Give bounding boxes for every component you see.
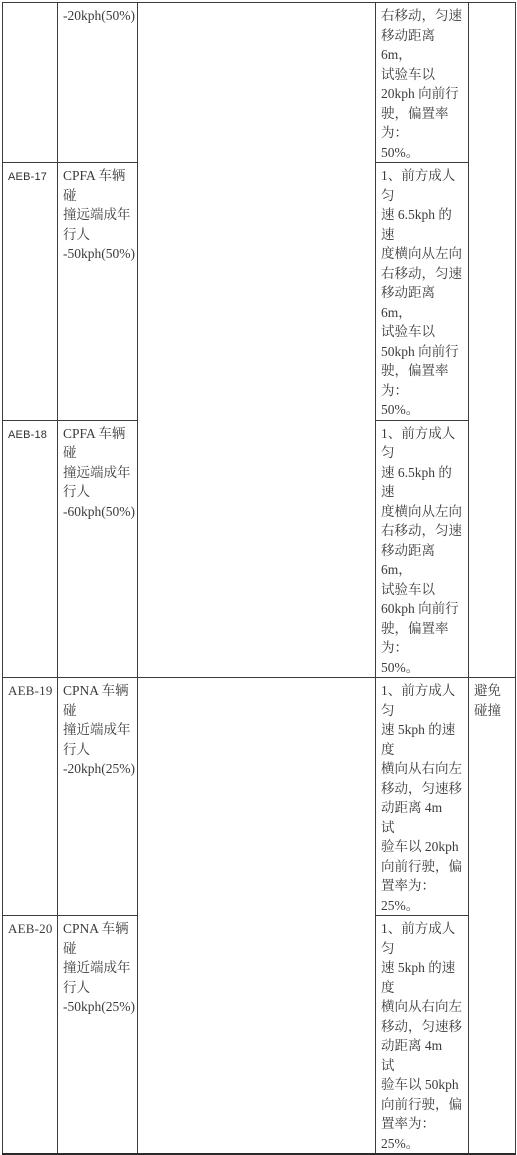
remark-cell bbox=[138, 678, 376, 807]
case-id-cell bbox=[3, 3, 58, 163]
scenario-cell: -20kph(50%) bbox=[58, 3, 138, 163]
table-row-aeb-19: AEB-19 CPNA 车辆碰 撞近端成年 行人 -20kph(25%) 1、前… bbox=[3, 678, 516, 807]
case-id: AEB-19 bbox=[8, 681, 54, 701]
conditions-cell: 右移动，匀速 移动距离 6m， 试验车以 20kph 向前行 驶，偏置率为： 5… bbox=[376, 3, 469, 163]
conditions-text: 1、前方成人匀 速 5kph 的速度 横向从右向左 移动，匀速移 动距离 4m … bbox=[381, 681, 465, 806]
scenario-text: CPFA 车辆碰 撞远端成年 行人 -50kph(50%) bbox=[63, 166, 134, 264]
case-id-cell: AEB-18 bbox=[3, 420, 58, 678]
result-text: 避免 碰撞 bbox=[474, 681, 512, 720]
scenario-text: CPFA 车辆碰 撞远端成年 行人 -60kph(50%) bbox=[63, 424, 134, 522]
scenario-cell: CPNA 车辆碰 撞近端成年 行人 -20kph(25%) bbox=[58, 678, 138, 807]
scenario-text: CPNA 车辆碰 撞近端成年 行人 -20kph(25%) bbox=[63, 681, 134, 779]
table-row-continuation: -20kph(50%) 右移动，匀速 移动距离 6m， 试验车以 20kph 向… bbox=[3, 3, 516, 163]
conditions-cell: 1、前方成人匀 速 6.5kph 的速 度横向从左向 右移动，匀速 移动距离 6… bbox=[376, 163, 469, 421]
result-cell: 避免 碰撞 bbox=[469, 678, 516, 807]
conditions-cell: 1、前方成人匀 速 5kph 的速度 横向从右向左 移动，匀速移 动距离 4m … bbox=[376, 678, 469, 807]
aeb-test-case-table: -20kph(50%) 右移动，匀速 移动距离 6m， 试验车以 20kph 向… bbox=[2, 2, 516, 806]
case-id: AEB-17 bbox=[8, 166, 54, 188]
conditions-text: 1、前方成人匀 速 6.5kph 的速 度横向从左向 右移动，匀速 移动距离 6… bbox=[381, 166, 465, 420]
conditions-text: 右移动，匀速 移动距离 6m， 试验车以 20kph 向前行 驶，偏置率为： 5… bbox=[381, 6, 465, 162]
scenario-cell: CPFA 车辆碰 撞远端成年 行人 -50kph(50%) bbox=[58, 163, 138, 421]
case-id-cell: AEB-19 bbox=[3, 678, 58, 807]
conditions-text: 1、前方成人匀 速 6.5kph 的速 度横向从左向 右移动，匀速 移动距离 6… bbox=[381, 424, 465, 678]
conditions-cell: 1、前方成人匀 速 6.5kph 的速 度横向从左向 右移动，匀速 移动距离 6… bbox=[376, 420, 469, 678]
remark-cell bbox=[138, 3, 376, 678]
case-id: AEB-18 bbox=[8, 424, 54, 446]
result-cell bbox=[469, 3, 516, 678]
document-page: -20kph(50%) 右移动，匀速 移动距离 6m， 试验车以 20kph 向… bbox=[0, 0, 517, 806]
scenario-text: -20kph(50%) bbox=[63, 6, 134, 26]
scenario-cell: CPFA 车辆碰 撞远端成年 行人 -60kph(50%) bbox=[58, 420, 138, 678]
case-id-cell: AEB-17 bbox=[3, 163, 58, 421]
